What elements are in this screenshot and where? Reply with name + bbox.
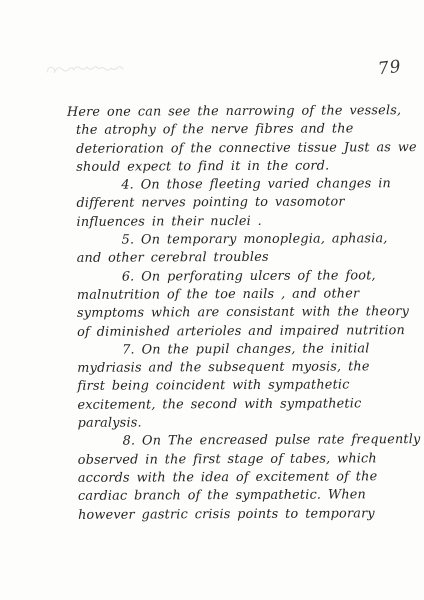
manuscript-line: of diminished arterioles and impaired nu… xyxy=(77,322,406,342)
manuscript-line: excitement, the second with sympathetic xyxy=(77,395,406,415)
manuscript-line: symptoms which are consistant with the t… xyxy=(77,303,406,323)
manuscript-line: Here one can see the narrowing of the ve… xyxy=(67,102,405,122)
manuscript-line: and other cerebral troubles xyxy=(77,248,406,268)
manuscript-line: 6. On perforating ulcers of the foot, xyxy=(122,267,406,287)
page-number: 79 xyxy=(377,57,403,80)
manuscript-line: 8. On The encreased pulse rate frequentl… xyxy=(123,431,407,451)
manuscript-line: mydriasis and the subsequent myosis, the xyxy=(77,358,406,378)
manuscript-line: malnutrition of the toe nails , and othe… xyxy=(77,285,406,305)
pencil-scribble-annotation xyxy=(44,60,126,82)
manuscript-line: different nerves pointing to vasomotor xyxy=(76,194,405,214)
manuscript-line: paralysis. xyxy=(78,413,407,433)
manuscript-line: deterioration of the connective tissue J… xyxy=(76,139,405,159)
manuscript-line: first being coincident with sympathetic xyxy=(77,377,406,397)
manuscript-line: 5. On temporary monoplegia, aphasia, xyxy=(122,230,406,250)
manuscript-line: accords with the idea of excitement of t… xyxy=(78,468,407,488)
manuscript-page: 79 Here one can see the narrowing of the… xyxy=(0,0,424,600)
manuscript-line: the atrophy of the nerve fibres and the xyxy=(76,120,405,140)
manuscript-line: 7. On the pupil changes, the initial xyxy=(122,340,406,360)
manuscript-line: should expect to find it in the cord. xyxy=(76,157,405,177)
manuscript-line: influences in their nuclei . xyxy=(76,212,405,232)
manuscript-line: however gastric crisis points to tempora… xyxy=(78,505,407,525)
manuscript-line: observed in the first stage of tabes, wh… xyxy=(78,450,407,470)
manuscript-line: cardiac branch of the sympathetic. When xyxy=(78,486,407,506)
manuscript-line: 4. On those fleeting varied changes in xyxy=(121,175,405,195)
manuscript-text: Here one can see the narrowing of the ve… xyxy=(67,102,407,525)
